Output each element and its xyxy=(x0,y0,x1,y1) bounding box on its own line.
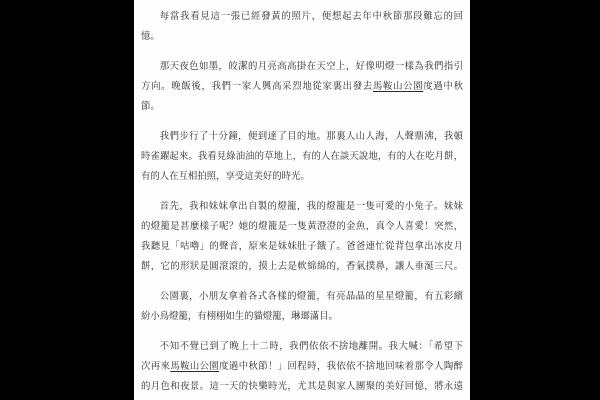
place-name-underlined: 馬鞍山公園 xyxy=(373,82,423,92)
text-line: 憶。 xyxy=(141,27,463,47)
text-segment: 憶。 xyxy=(141,32,160,42)
text-line: 方向。晚飯後，我們一家人興高采烈地從家裏出發去馬鞍山公園度過中秋 xyxy=(141,77,463,97)
text-segment: 有的人在互相拍照，享受這美好的時光。 xyxy=(141,172,310,182)
text-line: 的燈籠是甚麼樣子呢？她的燈籠是一隻黃澄澄的金魚，真令人喜愛！突然， xyxy=(141,217,463,237)
text-segment: 不知不覺已到了晚上十二時，我們依依不捨地離開。我大喊：「希望下 xyxy=(160,342,463,352)
text-line: 時雀躍起來。我看見綠油油的草地上，有的人在談天說地，有的人在吃月餅， xyxy=(141,147,463,167)
text-segment: 時雀躍起來。我看見綠油油的草地上，有的人在談天說地，有的人在吃月餅， xyxy=(141,152,463,162)
text-segment: 方向。晚飯後，我們一家人興高采烈地從家裏出發去 xyxy=(141,82,373,92)
text-segment: 的月色和夜景。這一天的快樂時光，尤其是與家人團聚的美好回憶，將永遠 xyxy=(141,382,463,392)
paragraph-5: 公園裏，小朋友拿着各式各樣的燈籠，有亮晶晶的星星燈籠，有五彩繽紛小鳥燈籠，有栩栩… xyxy=(141,287,463,327)
text-line: 不知不覺已到了晚上十二時，我們依依不捨地離開。我大喊：「希望下 xyxy=(141,337,463,357)
text-line: 餅，它的形狀是圓滾滾的，摸上去是軟綿綿的，香氣撲鼻，讓人垂涎三尺。 xyxy=(141,257,463,277)
text-segment: 公園裏，小朋友拿着各式各樣的燈籠，有亮晶晶的星星燈籠，有五彩繽 xyxy=(160,292,463,302)
text-segment: 節。 xyxy=(141,102,160,112)
text-segment: 我聽見「咕嚕」的聲音，原來是妹妹肚子餓了。爸爸連忙從背包拿出冰皮月 xyxy=(141,242,463,252)
text-line: 首先，我和妹妹拿出自製的燈籠，我的燈籠是一隻可愛的小兔子。妹妹 xyxy=(141,197,463,217)
text-line: 次再來馬鞍山公園度過中秋節！」回程時，我依依不捨地回味着那令人陶醉 xyxy=(141,357,463,377)
paragraph-3: 我們步行了十分鐘，便到達了目的地。那裏人山人海，人聲鼎沸，我頓時雀躍起來。我看見… xyxy=(141,127,463,187)
text-segment: 首先，我和妹妹拿出自製的燈籠，我的燈籠是一隻可愛的小兔子。妹妹 xyxy=(160,202,463,212)
text-segment: 度過中秋節！」回程時，我依依不捨地回味着那令人陶醉 xyxy=(219,362,463,372)
text-line: 有的人在互相拍照，享受這美好的時光。 xyxy=(141,167,463,187)
text-line: 那天夜色如墨，皎潔的月亮高高掛在天空上，好像明燈一樣為我們指引 xyxy=(141,57,463,77)
text-segment: 的燈籠是甚麼樣子呢？她的燈籠是一隻黃澄澄的金魚，真令人喜愛！突然， xyxy=(141,222,463,232)
paragraph-4: 首先，我和妹妹拿出自製的燈籠，我的燈籠是一隻可愛的小兔子。妹妹的燈籠是甚麼樣子呢… xyxy=(141,197,463,277)
text-line: 紛小鳥燈籠，有栩栩如生的貓燈籠，琳瑯滿目。 xyxy=(141,307,463,327)
text-segment: 我們步行了十分鐘，便到達了目的地。那裏人山人海，人聲鼎沸，我頓 xyxy=(160,132,463,142)
paragraph-2: 那天夜色如墨，皎潔的月亮高高掛在天空上，好像明燈一樣為我們指引方向。晚飯後，我們… xyxy=(141,57,463,117)
text-segment: 度過中秋 xyxy=(423,82,463,92)
place-name-underlined: 馬鞍山公園 xyxy=(170,362,219,372)
text-line: 節。 xyxy=(141,97,463,117)
text-line: 的月色和夜景。這一天的快樂時光，尤其是與家人團聚的美好回憶，將永遠 xyxy=(141,377,463,397)
letterbox-right xyxy=(470,0,600,400)
paragraph-6: 不知不覺已到了晚上十二時，我們依依不捨地離開。我大喊：「希望下次再來馬鞍山公園度… xyxy=(141,337,463,397)
paragraph-1: 每當我看見這一張已經發黃的照片，便想起去年中秋節那段難忘的回憶。 xyxy=(141,7,463,47)
text-segment: 紛小鳥燈籠，有栩栩如生的貓燈籠，琳瑯滿目。 xyxy=(141,312,338,322)
text-segment: 餅，它的形狀是圓滾滾的，摸上去是軟綿綿的，香氣撲鼻，讓人垂涎三尺。 xyxy=(141,262,463,272)
document-page: 每當我看見這一張已經發黃的照片，便想起去年中秋節那段難忘的回憶。那天夜色如墨，皎… xyxy=(134,0,470,400)
text-segment: 每當我看見這一張已經發黃的照片，便想起去年中秋節那段難忘的回 xyxy=(160,12,463,22)
text-segment: 那天夜色如墨，皎潔的月亮高高掛在天空上，好像明燈一樣為我們指引 xyxy=(160,62,463,72)
text-line: 公園裏，小朋友拿着各式各樣的燈籠，有亮晶晶的星星燈籠，有五彩繽 xyxy=(141,287,463,307)
screenshot-stage: 每當我看見這一張已經發黃的照片，便想起去年中秋節那段難忘的回憶。那天夜色如墨，皎… xyxy=(0,0,600,400)
text-line: 每當我看見這一張已經發黃的照片，便想起去年中秋節那段難忘的回 xyxy=(141,7,463,27)
text-line: 我們步行了十分鐘，便到達了目的地。那裏人山人海，人聲鼎沸，我頓 xyxy=(141,127,463,147)
letterbox-left xyxy=(0,0,134,400)
text-segment: 次再來 xyxy=(141,362,170,372)
text-line: 我聽見「咕嚕」的聲音，原來是妹妹肚子餓了。爸爸連忙從背包拿出冰皮月 xyxy=(141,237,463,257)
